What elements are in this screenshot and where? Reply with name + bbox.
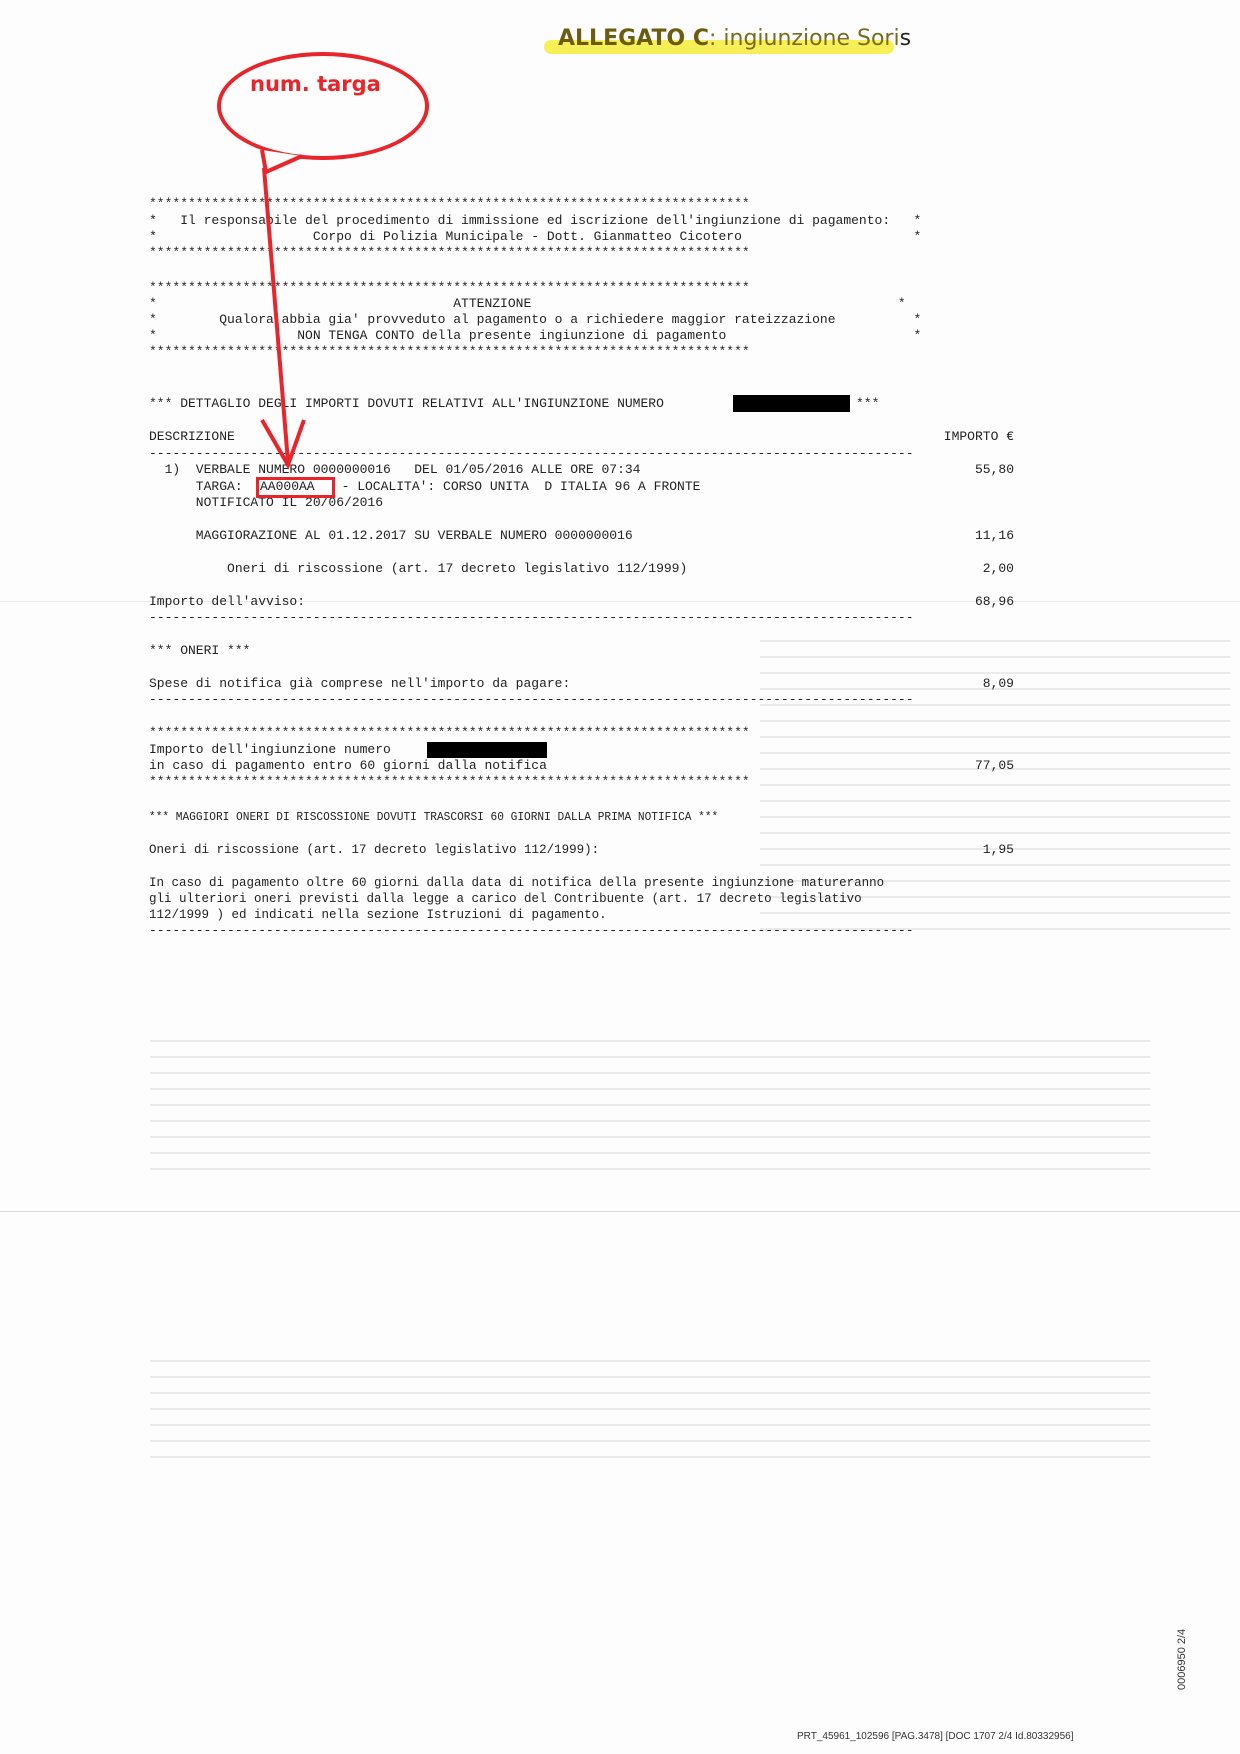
extra-fee-amount: 1,95 bbox=[894, 842, 1014, 858]
callout-label: num. targa bbox=[250, 72, 381, 96]
show-through-text bbox=[150, 1040, 1150, 1180]
stars-rule: ****************************************… bbox=[149, 774, 1015, 790]
heading-bold: ALLEGATO C bbox=[558, 26, 709, 51]
heading-rest: : ingiunzione Sori bbox=[709, 26, 900, 51]
redacted-injunction-number bbox=[427, 742, 547, 758]
side-page-code: 0006950 2/4 bbox=[1176, 1629, 1188, 1690]
heading-last: s bbox=[900, 26, 911, 51]
dash-rule: ----------------------------------------… bbox=[149, 923, 1015, 939]
extra-fee-label: Oneri di riscossione (art. 17 decreto le… bbox=[149, 842, 599, 858]
injunction-total-line1: Importo dell'ingiunzione numero bbox=[149, 742, 391, 758]
show-through-text bbox=[150, 1360, 1150, 1460]
stars-rule: ****************************************… bbox=[149, 725, 1015, 741]
plate-highlight-box bbox=[256, 477, 335, 498]
extra-charges-title: *** MAGGIORI ONERI DI RISCOSSIONE DOVUTI… bbox=[149, 809, 718, 825]
fold-line bbox=[0, 1211, 1240, 1212]
injunction-total-line2: in caso di pagamento entro 60 giorni dal… bbox=[149, 758, 547, 774]
extra-note-line3: 112/1999 ) ed indicati nella sezione Ist… bbox=[149, 907, 607, 923]
extra-note-line1: In caso di pagamento oltre 60 giorni dal… bbox=[149, 875, 884, 891]
callout-arrow-icon bbox=[0, 0, 1240, 700]
attachment-heading: ALLEGATO C: ingiunzione Soris bbox=[558, 26, 911, 51]
injunction-total-amount: 77,05 bbox=[894, 758, 1014, 774]
extra-note-line2: gli ulteriori oneri previsti dalla legge… bbox=[149, 891, 862, 907]
document-reference: PRT_45961_102596 [PAG.3478] [DOC 1707 2/… bbox=[797, 1731, 1074, 1742]
